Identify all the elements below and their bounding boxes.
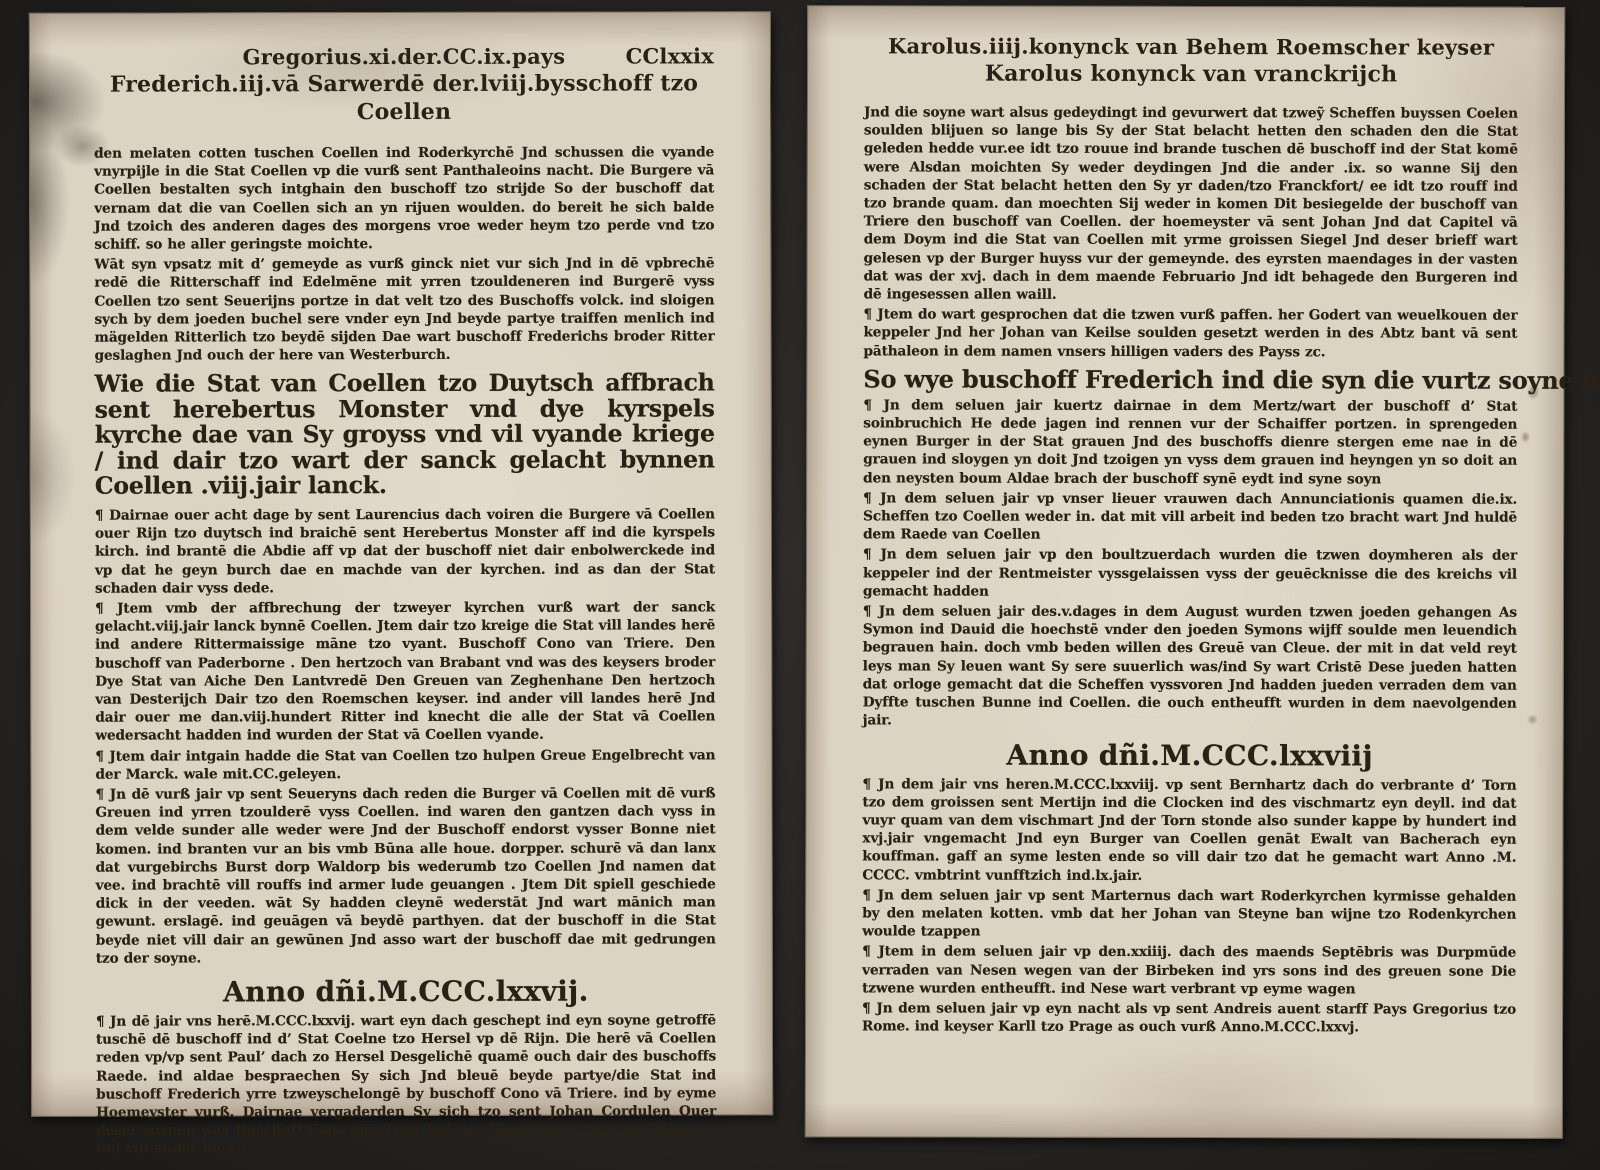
paragraph: den melaten cotten tuschen Coellen ind R… [94, 143, 714, 254]
left-running-header-title: Gregorius.xi.der.CC.ix.pays [243, 44, 566, 70]
paragraph: Wāt syn vpsatz mit d’ gemeyde as vurß gi… [94, 255, 714, 366]
left-page-text-column: Gregorius.xi.der.CC.ix.pays CClxxix Fred… [30, 12, 772, 1116]
right-page: Karolus.iiij.konynck van Behem Roemscher… [805, 5, 1565, 1139]
paragraph: ¶ Jtem in dem seluen jair vp den.xxiiij.… [862, 943, 1516, 999]
section-heading: Wie die Stat van Coellen tzo Duytsch aff… [95, 371, 715, 500]
paragraph: ¶ Jn dē vurß jair vp sent Seueryns dach … [95, 784, 715, 967]
paragraph: ¶ Jn dem seluen jair vp eyn nacht als vp… [862, 999, 1516, 1037]
anno-domini-heading: Anno dñi.M.CCC.lxxviij [863, 738, 1517, 772]
paragraph: ¶ Jn dem seluen jair vp sent Marternus d… [862, 886, 1516, 942]
anno-domini-heading: Anno dñi.M.CCC.lxxvij. [96, 974, 716, 1008]
paragraph: ¶ Dairnae ouer acht dage by sent Laurenc… [95, 505, 715, 597]
paragraph: ¶ Jn dem jair vns heren.M.CCC.lxxviij. v… [862, 775, 1516, 886]
section-heading: So wye buschoff Frederich ind die syn di… [863, 365, 1517, 394]
paragraph: Jnd die soyne wart alsus gedeydingt ind … [864, 103, 1518, 305]
paragraph: ¶ Jtem do wart gesprochen dat die tzwen … [863, 306, 1517, 362]
paragraph: ¶ Jtem vmb der affbrechung der tzweyer k… [95, 598, 715, 745]
folio-number: CClxxix [626, 42, 714, 69]
paragraph: ¶ Jtem dair intgain hadde die Stat van C… [95, 746, 715, 784]
right-running-header-line2: Karolus konynck van vranckrijch [864, 59, 1518, 88]
left-running-header-line2: Frederich.iij.vā Sarwerdē der.lviij.byss… [94, 69, 714, 126]
paragraph: ¶ Jn dem seluen jair kuertz dairnae in d… [863, 396, 1517, 488]
paragraph: ¶ Jn dem seluen jair vp vnser lieuer vra… [863, 489, 1517, 545]
right-page-text-column: Karolus.iiij.konynck van Behem Roemscher… [806, 6, 1564, 1138]
left-running-header-line1: Gregorius.xi.der.CC.ix.pays CClxxix [94, 42, 714, 70]
paragraph: ¶ Jn dē jair vns herē.M.CCC.lxxvij. wart… [96, 1011, 716, 1158]
right-running-header-line1: Karolus.iiij.konynck van Behem Roemscher… [864, 32, 1518, 60]
left-page: Gregorius.xi.der.CC.ix.pays CClxxix Fred… [29, 11, 773, 1117]
paragraph: ¶ Jn dem seluen jair des.v.dages in dem … [863, 602, 1517, 731]
paragraph: ¶ Jn dem seluen jair vp den boultzuerdac… [863, 546, 1517, 602]
